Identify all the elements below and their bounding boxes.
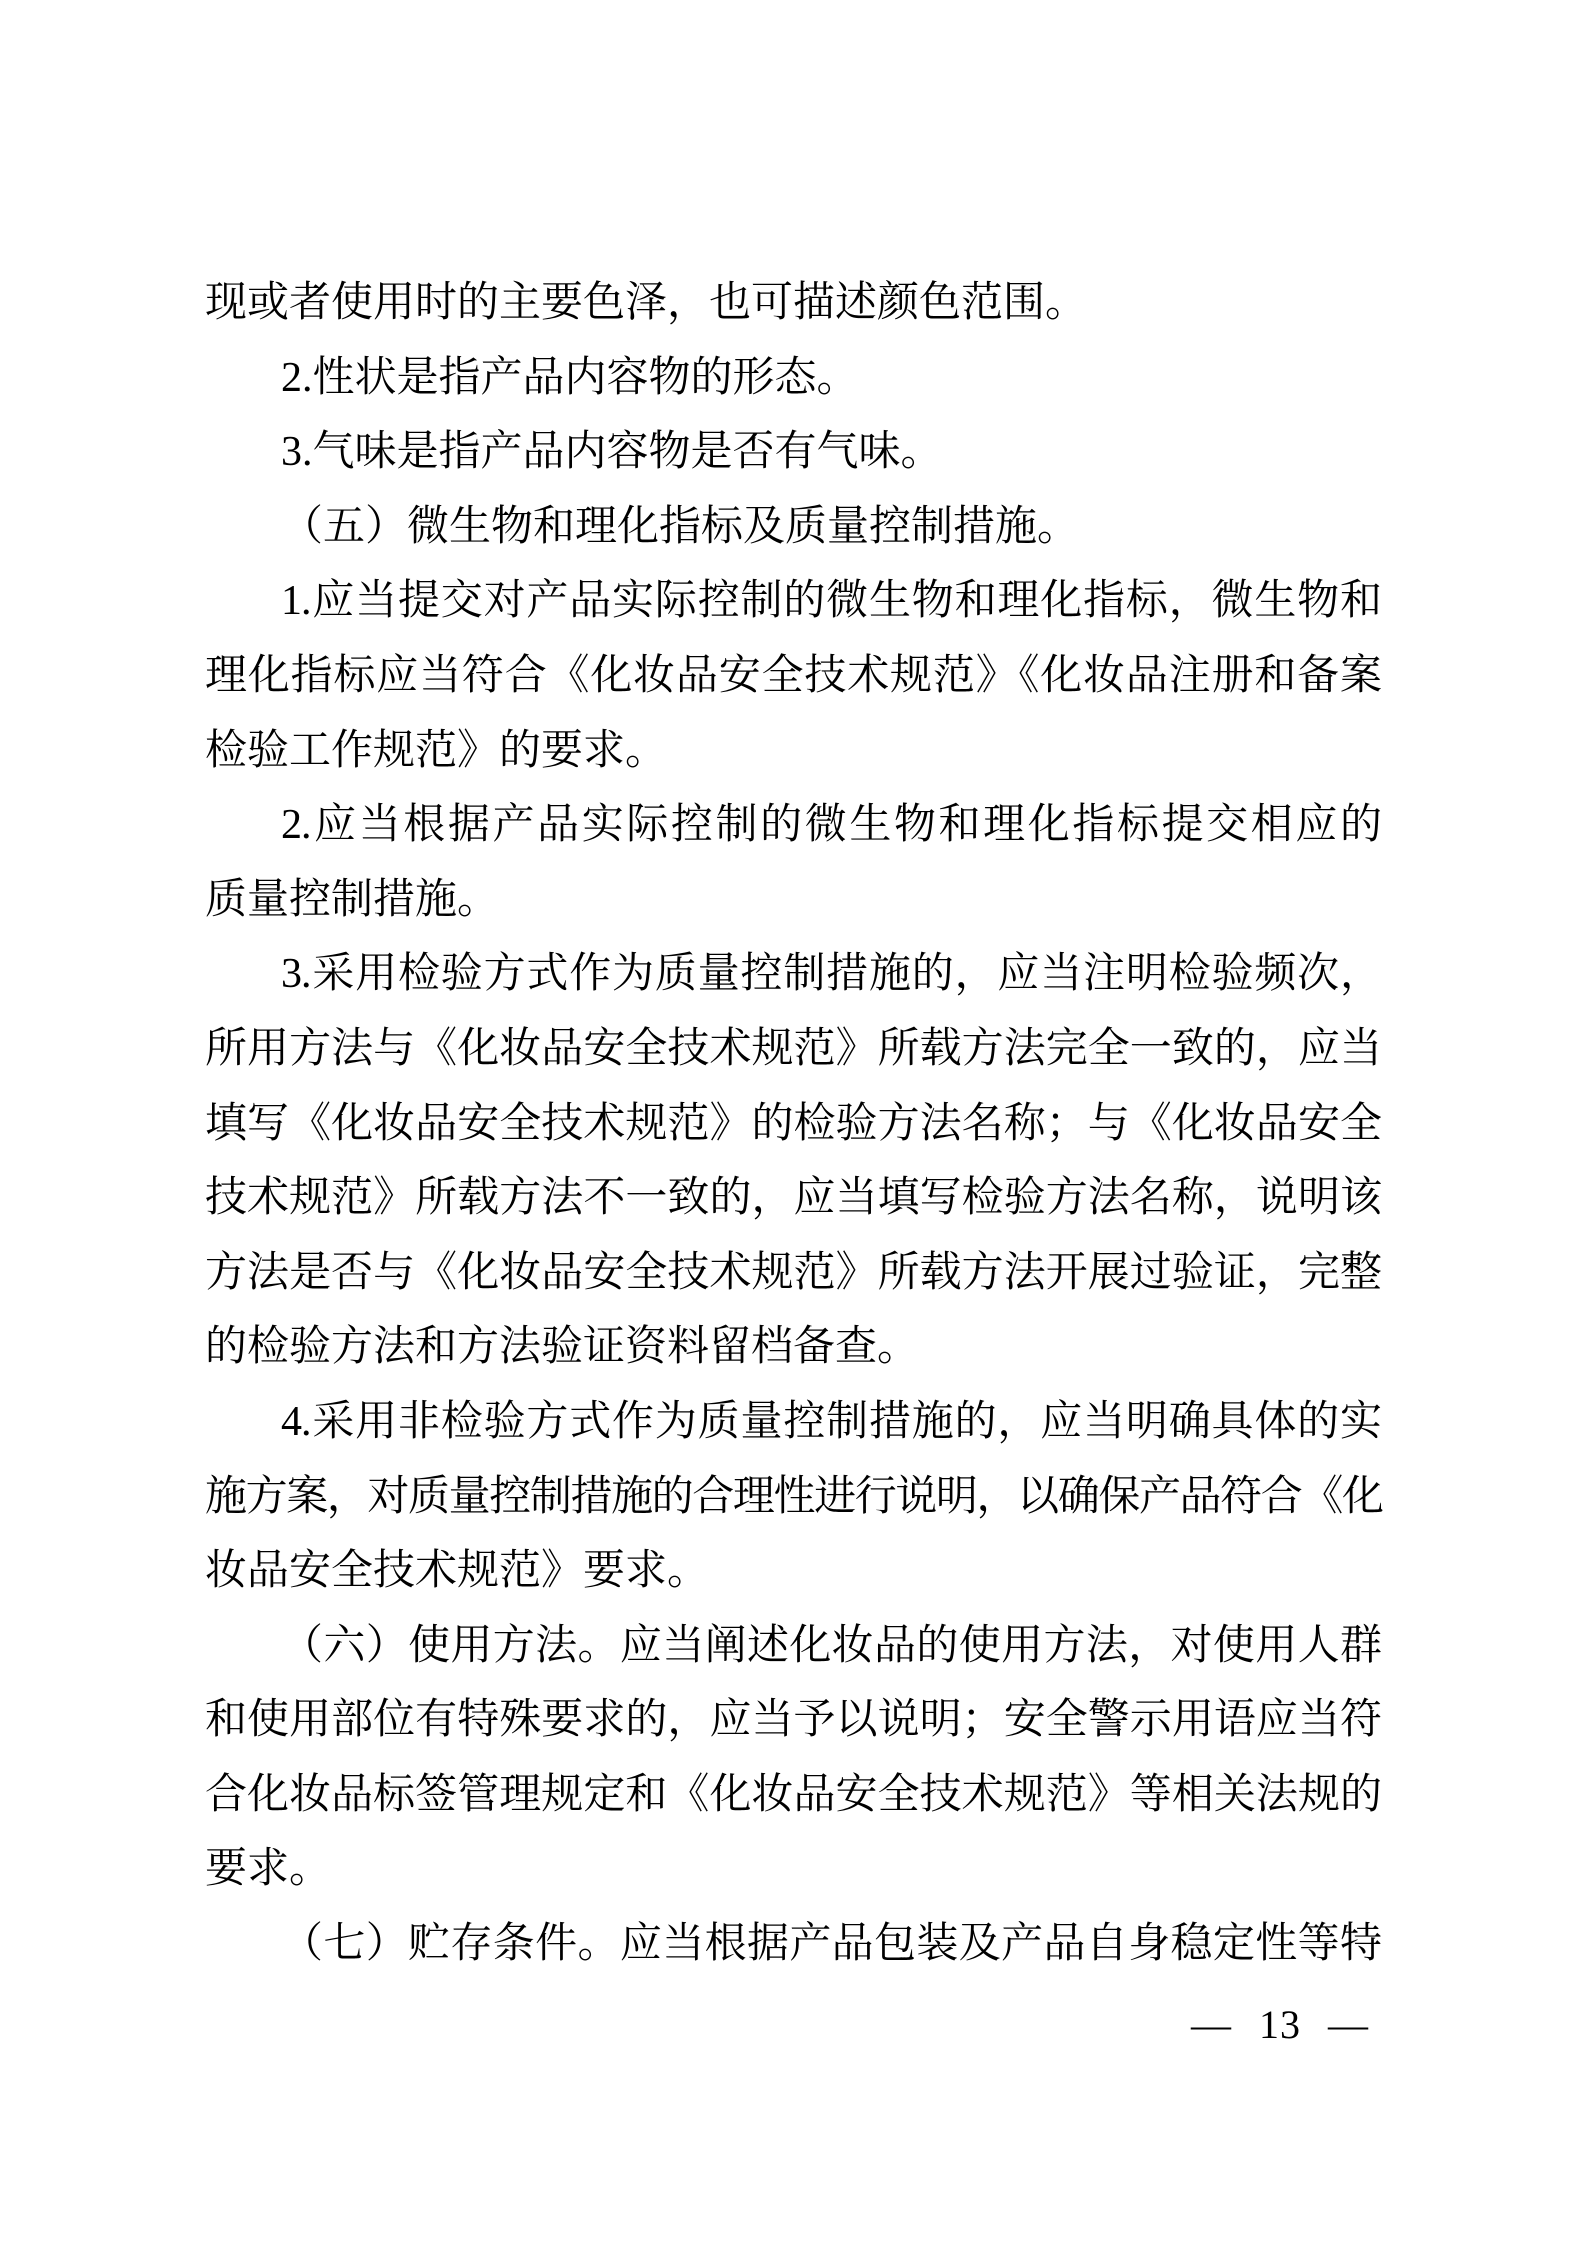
text-line: 2.性状是指产品内容物的形态。: [205, 341, 1381, 416]
text-line: 3.采用检验方式作为质量控制措施的，应当注明检验频次，: [205, 937, 1381, 1012]
text-line: 施方案，对质量控制措施的合理性进行说明，以确保产品符合《化: [205, 1460, 1381, 1535]
text-line: 质量控制措施。: [205, 863, 1381, 938]
text-line: 理化指标应当符合《化妆品安全技术规范》《化妆品注册和备案: [205, 639, 1381, 714]
text-line: 的检验方法和方法验证资料留档备查。: [205, 1310, 1381, 1385]
page-number: — 13 —: [1191, 2002, 1369, 2048]
text-line: 妆品安全技术规范》要求。: [205, 1534, 1381, 1609]
text-line: 和使用部位有特殊要求的，应当予以说明；安全警示用语应当符: [205, 1683, 1381, 1758]
text-line: 现或者使用时的主要色泽，也可描述颜色范围。: [205, 266, 1381, 341]
text-line: 2.应当根据产品实际控制的微生物和理化指标提交相应的: [205, 788, 1381, 863]
text-line: 所用方法与《化妆品安全技术规范》所载方法完全一致的，应当: [205, 1012, 1381, 1087]
text-line: 4.采用非检验方式作为质量控制措施的，应当明确具体的实: [205, 1385, 1381, 1460]
text-line: 方法是否与《化妆品安全技术规范》所载方法开展过验证，完整: [205, 1236, 1381, 1311]
text-line: 合化妆品标签管理规定和《化妆品安全技术规范》等相关法规的: [205, 1758, 1381, 1833]
text-line: 1.应当提交对产品实际控制的微生物和理化指标，微生物和: [205, 564, 1381, 639]
text-line: 3.气味是指产品内容物是否有气味。: [205, 415, 1381, 490]
text-line: 技术规范》所载方法不一致的，应当填写检验方法名称，说明该: [205, 1161, 1381, 1236]
text-line: （七）贮存条件。应当根据产品包装及产品自身稳定性等特: [205, 1907, 1381, 1982]
document-page: 现或者使用时的主要色泽，也可描述颜色范围。 2.性状是指产品内容物的形态。 3.…: [0, 0, 1587, 2245]
text-line: （五）微生物和理化指标及质量控制措施。: [205, 490, 1381, 565]
text-line: 检验工作规范》的要求。: [205, 714, 1381, 789]
text-line: 填写《化妆品安全技术规范》的检验方法名称；与《化妆品安全: [205, 1087, 1381, 1162]
text-line: 要求。: [205, 1832, 1381, 1907]
text-line: （六）使用方法。应当阐述化妆品的使用方法，对使用人群: [205, 1609, 1381, 1684]
text-block: 现或者使用时的主要色泽，也可描述颜色范围。 2.性状是指产品内容物的形态。 3.…: [205, 266, 1381, 1982]
